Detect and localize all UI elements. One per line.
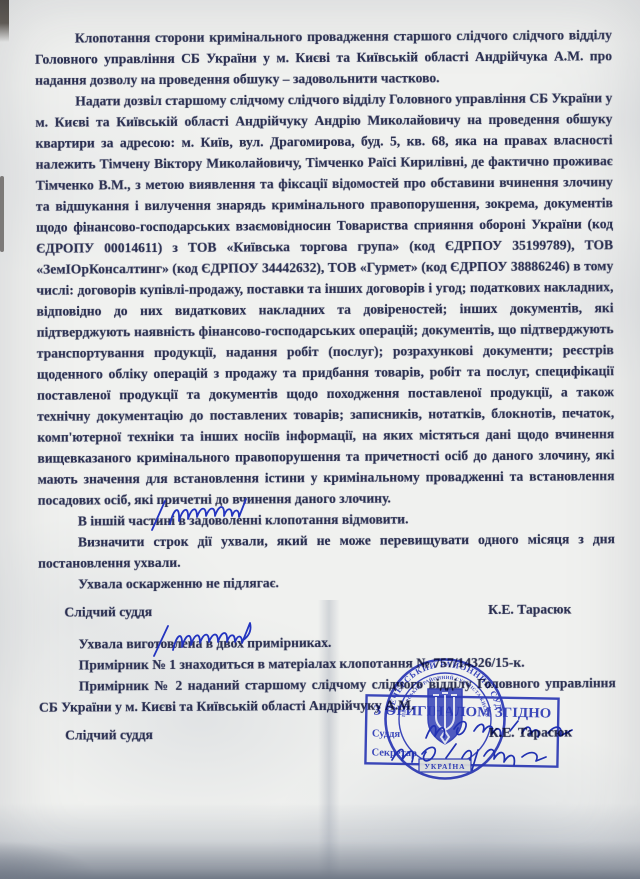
photo-shadow-bottom-left — [0, 833, 120, 879]
ruling-text-block: Клопотання сторони кримінального провадж… — [35, 24, 616, 746]
judge-title-label: Слідчий суддя — [64, 601, 152, 623]
photo-edge-bottom — [0, 803, 640, 879]
photo-edge-top-left — [0, 0, 9, 42]
svg-text:Секретар: Секретар — [371, 747, 417, 759]
judge-signature-row-2: Слідчий суддя К.Е. Тарасюк — [39, 721, 616, 746]
copies-line-3: Примірник № 2 наданий старшому слідчому … — [39, 672, 616, 718]
ruling-paragraph-5: Ухвала оскарженню не підлягає. — [38, 570, 615, 595]
judge-name: К.Е. Тарасюк — [489, 722, 572, 744]
ruling-paragraph-4: Визначити строк дії ухвали, який не може… — [38, 528, 615, 574]
scanned-court-ruling-page: Клопотання сторони кримінального провадж… — [0, 0, 640, 879]
photo-edge-smudge — [0, 176, 4, 252]
judge-name: К.Е. Тарасюк — [488, 599, 571, 621]
svg-text:УКРАЇНА: УКРАЇНА — [424, 762, 465, 771]
ruling-paragraph-1: Клопотання сторони кримінального провадж… — [35, 24, 612, 91]
ruling-paragraph-2: Надати дозвіл старшому слідчому слідчого… — [35, 87, 615, 511]
judge-signature-row-1: Слідчий суддя К.Е. Тарасюк — [38, 598, 615, 623]
judge-title-label: Слідчий суддя — [65, 724, 153, 746]
